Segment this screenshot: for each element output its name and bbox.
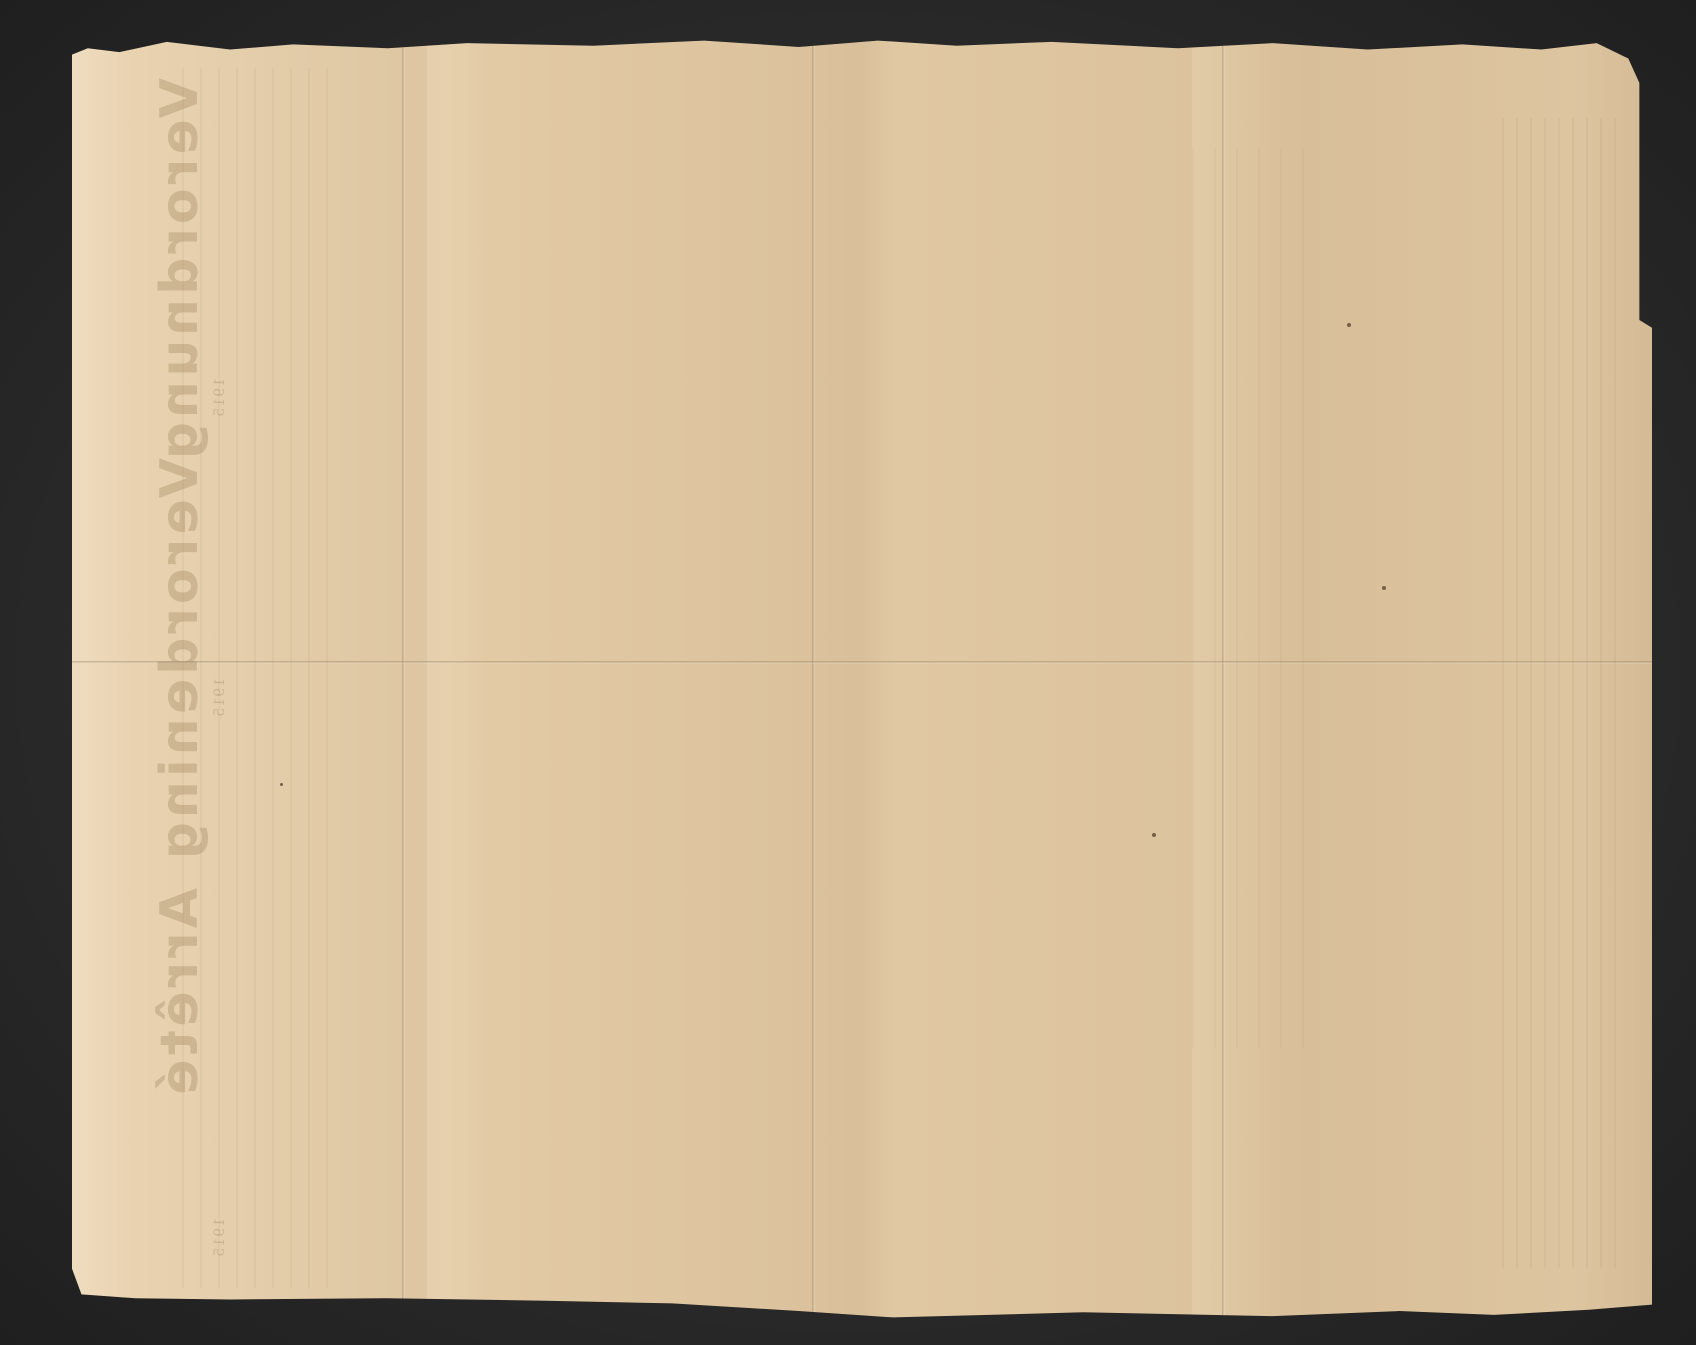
bleed-text-block: [182, 68, 342, 1288]
bleed-text-block: [1192, 148, 1312, 1048]
vertical-fold-line: [402, 38, 405, 1320]
paper-speck: [1347, 323, 1351, 327]
bleed-text-block: [1502, 118, 1622, 1268]
aged-paper-sheet: Verordnung Verordening Arrêté 1915 1915 …: [72, 38, 1652, 1320]
paper-speck: [1152, 833, 1156, 837]
panel-shade: [427, 38, 487, 1320]
vertical-fold-line: [812, 38, 815, 1320]
paper-speck: [1382, 586, 1386, 590]
paper-speck: [280, 783, 283, 786]
